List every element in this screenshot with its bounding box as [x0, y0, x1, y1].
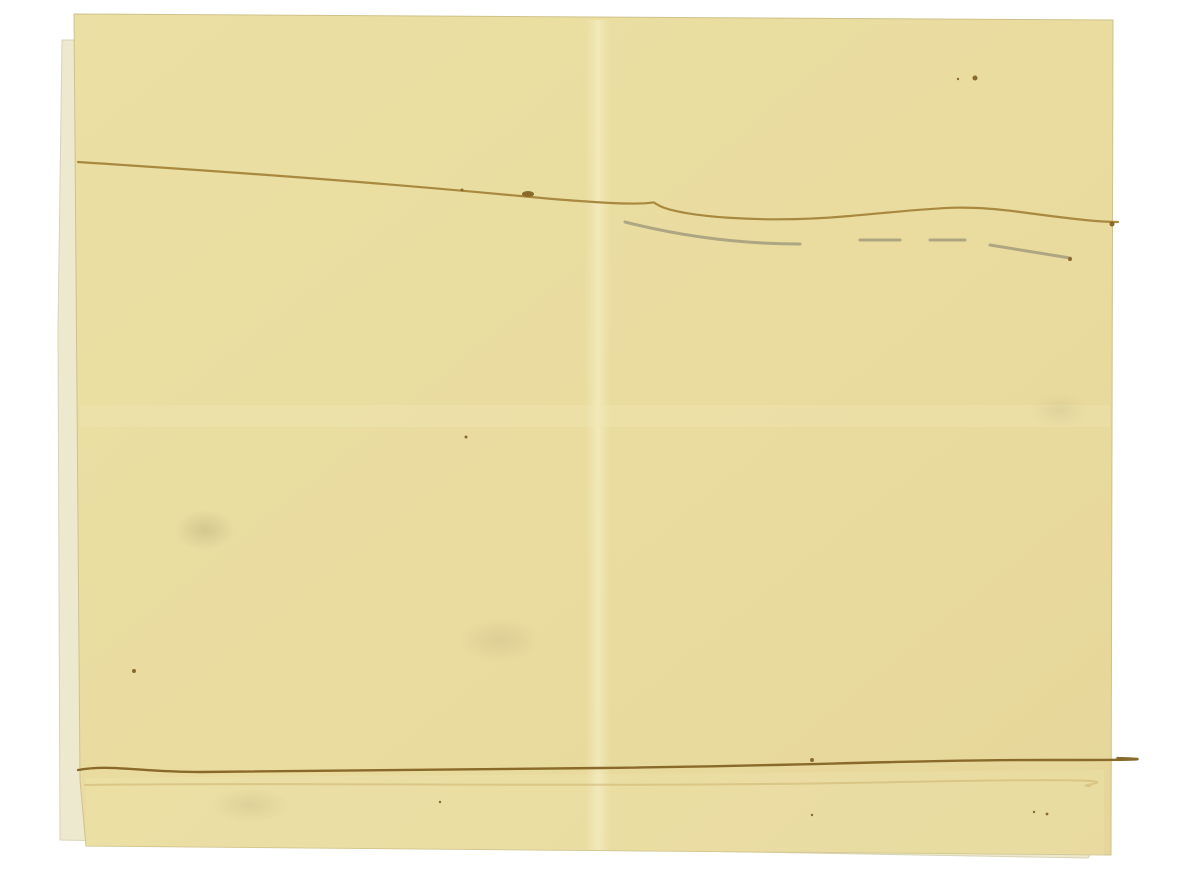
- sheet-photo: [0, 0, 1181, 885]
- photo-scene: [0, 0, 1181, 885]
- smudge-right: [1030, 392, 1090, 428]
- smudge-left-lower: [460, 618, 540, 662]
- smudge-bottom-left: [210, 787, 290, 823]
- horizontal-fold: [80, 405, 1110, 427]
- smudge-left: [175, 510, 235, 550]
- vertical-fold: [585, 20, 611, 850]
